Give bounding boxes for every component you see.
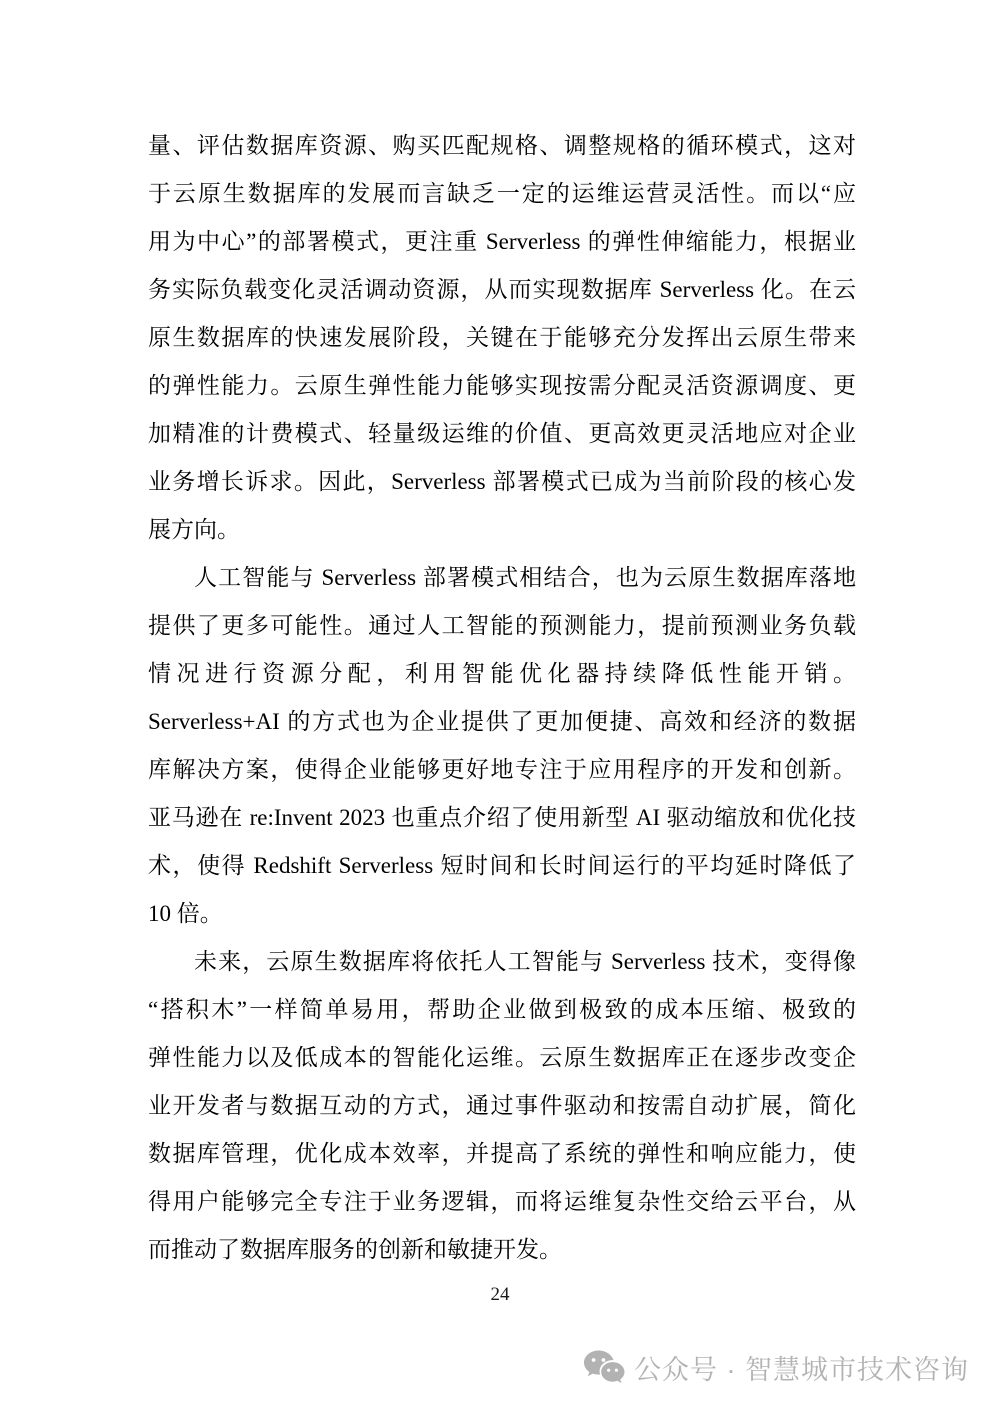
text-line: 数据库管理，优化成本效率，并提高了系统的弹性和响应能力，使	[148, 1130, 856, 1178]
text-line: 弹性能力以及低成本的智能化运维。云原生数据库正在逐步改变企	[148, 1034, 856, 1082]
text-line: 量、评估数据库资源、购买匹配规格、调整规格的循环模式，这对	[148, 122, 856, 170]
text-line: 10 倍。	[148, 890, 856, 938]
text-line: 业开发者与数据互动的方式，通过事件驱动和按需自动扩展，简化	[148, 1082, 856, 1130]
text-line: 于云原生数据库的发展而言缺乏一定的运维运营灵活性。而以“应	[148, 170, 856, 218]
text-line: 情况进行资源分配，利用智能优化器持续降低性能开销。	[148, 650, 856, 698]
wechat-icon	[583, 1349, 625, 1387]
text-line: 提供了更多可能性。通过人工智能的预测能力，提前预测业务负载	[148, 602, 856, 650]
text-line: 人工智能与 Serverless 部署模式相结合，也为云原生数据库落地	[148, 554, 856, 602]
text-line: 得用户能够完全专注于业务逻辑，而将运维复杂性交给云平台，从	[148, 1178, 856, 1226]
document-page: 量、评估数据库资源、购买匹配规格、调整规格的循环模式，这对于云原生数据库的发展而…	[0, 0, 1000, 1414]
page-number: 24	[0, 1284, 1000, 1306]
text-line: 的弹性能力。云原生弹性能力能够实现按需分配灵活资源调度、更	[148, 362, 856, 410]
footer-watermark: 公众号 · 智慧城市技术咨询	[583, 1348, 969, 1387]
text-line: 用为中心”的部署模式，更注重 Serverless 的弹性伸缩能力，根据业	[148, 218, 856, 266]
text-line: 业务增长诉求。因此，Serverless 部署模式已成为当前阶段的核心发	[148, 458, 856, 506]
text-line: 加精准的计费模式、轻量级运维的价值、更高效更灵活地应对企业	[148, 410, 856, 458]
text-line: 未来，云原生数据库将依托人工智能与 Serverless 技术，变得像	[148, 938, 856, 986]
text-line: 务实际负载变化灵活调动资源，从而实现数据库 Serverless 化。在云	[148, 266, 856, 314]
text-line: 展方向。	[148, 506, 856, 554]
document-body: 量、评估数据库资源、购买匹配规格、调整规格的循环模式，这对于云原生数据库的发展而…	[148, 122, 856, 1274]
text-line: 亚马逊在 re:Invent 2023 也重点介绍了使用新型 AI 驱动缩放和优…	[148, 794, 856, 842]
text-line: 库解决方案，使得企业能够更好地专注于应用程序的开发和创新。	[148, 746, 856, 794]
text-line: 术，使得 Redshift Serverless 短时间和长时间运行的平均延时降…	[148, 842, 856, 890]
text-line: “搭积木”一样简单易用，帮助企业做到极致的成本压缩、极致的	[148, 986, 856, 1034]
text-line: 原生数据库的快速发展阶段，关键在于能够充分发挥出云原生带来	[148, 314, 856, 362]
watermark-text: 公众号 · 智慧城市技术咨询	[634, 1348, 969, 1387]
text-line: Serverless+AI 的方式也为企业提供了更加便捷、高效和经济的数据	[148, 698, 856, 746]
text-line: 而推动了数据库服务的创新和敏捷开发。	[148, 1226, 856, 1274]
